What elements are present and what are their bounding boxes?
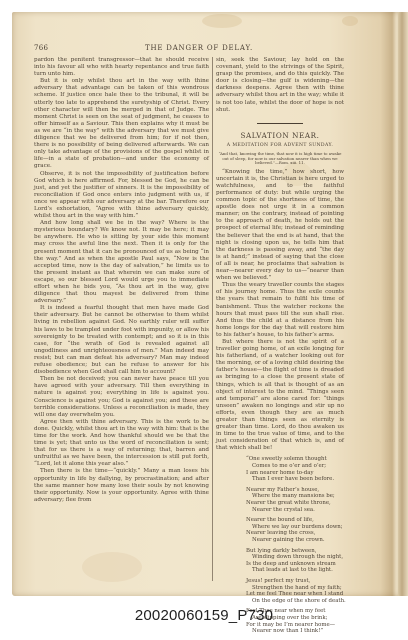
paper-stain [82, 552, 142, 582]
poem-line: Strengthen the hand of my faith; [246, 585, 344, 592]
column-divider [212, 57, 213, 581]
section-subtitle: A MEDITATION FOR ADVENT SUNDAY. [216, 142, 344, 149]
paragraph: Then there is the time—“quickly.” Many a… [34, 468, 209, 503]
paragraph: It is indeed a fearful thought that men … [34, 305, 209, 376]
poem-line: Comes to me o’er and o’er; [246, 463, 344, 470]
paragraph: sin, seek the Saviour, lay hold on the c… [216, 57, 344, 114]
poem-line: Nearer my Father’s house, [246, 487, 344, 494]
poem-line: Nearer now than I think!” [246, 628, 344, 635]
paragraph: But where there is not the spirit of a t… [216, 339, 344, 453]
poem-line: “One sweetly solemn thought [246, 456, 344, 463]
page-header: 766 THE DANGER OF DELAY. [34, 44, 364, 54]
poem-stanza: Nearer my Father’s house, Where the many… [246, 487, 344, 513]
paragraph: pardon the penitent transgressor—that he… [34, 57, 209, 78]
poem-line: On the edge of the shore of death. [246, 598, 344, 605]
section-title: SALVATION NEAR. [216, 132, 344, 139]
paragraph: But it is only whilst thou art in the wa… [34, 78, 209, 170]
left-column: pardon the penitent transgressor—that he… [34, 57, 209, 504]
paragraph: Then be not deceived; you can never have… [34, 376, 209, 419]
poem-line: I am nearer home to-day [246, 470, 344, 477]
poem-line: Is the deep and unknown stream [246, 561, 344, 568]
poem-line: Jesus! perfect my trust, [246, 578, 344, 585]
poem-line: That leads at last to the light. [246, 567, 344, 574]
poem-line: Nearer the bound of life, [246, 517, 344, 524]
poem-line: Where we lay our burdens down; [246, 524, 344, 531]
running-title: THE DANGER OF DELAY. [34, 44, 364, 52]
paper-stain [202, 14, 242, 28]
poem-stanza: “One sweetly solemn thought Comes to me … [246, 456, 344, 482]
paragraph: “Knowing the time,” how short, how uncer… [216, 169, 344, 283]
poem-line: Than I ever have been before. [246, 476, 344, 483]
poem-line: Winding down through the night, [246, 554, 344, 561]
right-column: sin, seek the Saviour, lay hold on the c… [216, 57, 344, 639]
book-spine-edge [398, 12, 408, 596]
paragraph: Thus the weary traveller counts the stag… [216, 282, 344, 339]
poem-line: Where the many mansions be; [246, 493, 344, 500]
image-caption: 20020060159_P730 [0, 607, 408, 624]
poem-line: Nearer leaving the cross, [246, 530, 344, 537]
poem-line: Nearer the crystal sea. [246, 507, 344, 514]
poem-stanza: Jesus! perfect my trust, Strengthen the … [246, 578, 344, 604]
poem-line: Let me feel Thee near when I stand [246, 591, 344, 598]
paragraph: Agree then with thine adversary. This is… [34, 419, 209, 469]
section-rule [257, 123, 303, 124]
paragraph: And how long shall we be in the way? Whe… [34, 220, 209, 305]
poem-line: Nearer the great white throne, [246, 500, 344, 507]
paper-stain [342, 16, 358, 26]
epigraph: “And that, knowing the time, that now it… [216, 152, 344, 166]
paragraph: Observe, it is not the impossibility of … [34, 171, 209, 221]
poem-line: Nearer gaining the crown. [246, 537, 344, 544]
poem-line: But lying darkly between, [246, 548, 344, 555]
poem-stanza: But lying darkly between, Winding down t… [246, 548, 344, 574]
poem-stanza: Nearer the bound of life, Where we lay o… [246, 517, 344, 543]
